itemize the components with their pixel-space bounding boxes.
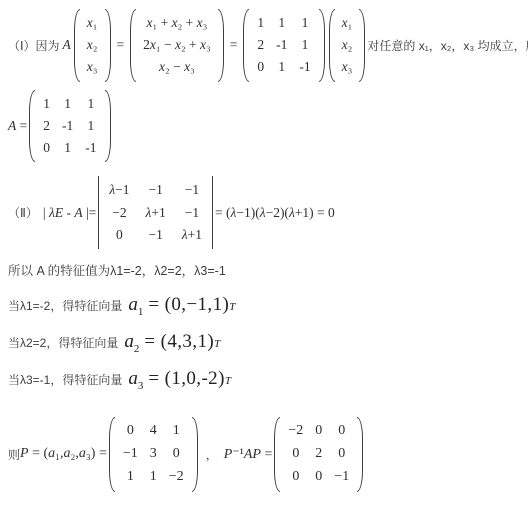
right-paren-shape (359, 9, 365, 82)
matrix-cell: 2x₁ − x₂ + x₃ (138, 34, 216, 56)
matrix-cell: 2 (37, 115, 56, 137)
eigenvector-line-1: 当λ1=-2，得特征向量 a1 = (0,−1,1) T (8, 291, 526, 321)
matrix-cell: 1 (144, 466, 163, 489)
matrix-cell: 2 (309, 443, 328, 466)
right-paren-shape (105, 90, 111, 163)
eigenvector-a2: a2 = (4,3,1) T (124, 331, 220, 355)
matrix-cell: 0 (163, 443, 190, 466)
matrix-cell: 1 (270, 12, 293, 34)
matrix-cell: λ−1 (101, 179, 137, 201)
matrix-cell: 0 (328, 420, 355, 443)
matrix-cell: -1 (270, 34, 293, 56)
matrix-cell: -1 (293, 56, 316, 78)
part2-prefix: （Ⅱ） (8, 204, 38, 221)
matrix-cell: x₃ (82, 56, 103, 78)
matrix-cell: 0 (117, 420, 144, 443)
matrix-cell: 3 (144, 443, 163, 466)
characteristic-rhs: = (λ−1)(λ−2)(λ+1) = 0 (215, 205, 335, 221)
matrix-cell: −1 (138, 179, 174, 201)
matrix-cell: x₂ − x₃ (138, 56, 216, 78)
matrix-cell: 0 (309, 420, 328, 443)
conclusion-prefix: 则 (8, 446, 20, 463)
matrix-A: 1112-1101-1 (29, 90, 110, 163)
eigenvector-symbol: a3 (128, 368, 143, 392)
eigenvalues-statement: 所以 A 的特征值为λ1=-2，λ2=2，λ3=-1 (8, 261, 526, 279)
matrix-cell: x₁ (82, 12, 103, 34)
matrix-cell: 1 (293, 34, 316, 56)
part1-suffix: 对任意的 x₁，x₂，x₃ 均成立，所以 (367, 37, 528, 54)
eigenvector-prefix: 当λ3=-1，得特征向量 (8, 371, 122, 388)
eigenvector-symbol: a1 (128, 294, 143, 318)
characteristic-determinant: λ−1−1−1−2λ+1−10−1λ+1 (98, 176, 213, 249)
characteristic-lhs: | λE - A |= (43, 205, 96, 221)
matrix-A: 1112-1101-1 (243, 9, 324, 82)
matrix-cell: 0 (282, 443, 309, 466)
matrix-cell: 2 (251, 34, 270, 56)
matrix-cell: x₁ (337, 12, 358, 34)
determinant-bar-shape (212, 176, 213, 249)
matrix-cell: 0 (101, 224, 137, 246)
transpose-superscript: T (225, 375, 231, 387)
right-paren-shape (105, 9, 111, 82)
right-paren-shape (218, 9, 224, 82)
eigenvector-line-2: 当λ2=2，得特征向量 a2 = (4,3,1) T (8, 328, 526, 358)
matrix-cell: λ+1 (138, 202, 174, 224)
eigenvector-prefix: 当λ1=-2，得特征向量 (8, 297, 122, 314)
matrix-cell: −2 (163, 466, 190, 489)
matrix-cell: 1 (56, 137, 79, 159)
matrix-cell: 1 (56, 93, 79, 115)
matrix-cell: 1 (163, 420, 190, 443)
matrix-cell: 0 (309, 466, 328, 489)
transpose-superscript: T (214, 338, 220, 350)
eigenvector-value: = (4,3,1) (144, 331, 214, 353)
P-expression: P = (a₁,a₂,a₃) = (20, 446, 107, 462)
part1-prefix: （Ⅰ）因为 (8, 37, 60, 54)
matrix-cell: −1 (174, 179, 210, 201)
eigenvector-symbol: a2 (124, 331, 139, 355)
matrix-cell: 1 (293, 12, 316, 34)
right-paren-shape (357, 417, 363, 492)
eigenvector-value: = (0,−1,1) (148, 294, 229, 316)
matrix-cell: −1 (138, 224, 174, 246)
matrix-cell: −1 (174, 202, 210, 224)
matrix-cell: −1 (328, 466, 355, 489)
matrix-A-equals: A = (8, 118, 27, 134)
eigenvector-prefix: 当λ2=2，得特征向量 (8, 334, 118, 351)
matrix-cell: 4 (144, 420, 163, 443)
matrix-cell: x₂ (337, 34, 358, 56)
matrix-cell: 1 (79, 93, 102, 115)
matrix-cell: 1 (270, 56, 293, 78)
matrix-cell: x₂ (82, 34, 103, 56)
math-solution-document: （Ⅰ）因为 A x₁x₂x₃ = x₁ + x₂ + x₃2x₁ − x₂ + … (0, 0, 528, 492)
eigenvector-a3: a3 = (1,0,-2) T (128, 368, 231, 392)
eigenvector-value: = (1,0,-2) (148, 368, 224, 390)
expression-vector: x₁ + x₂ + x₃2x₁ − x₂ + x₃x₂ − x₃ (130, 9, 224, 82)
PAP-expression: P⁻¹AP = (224, 446, 273, 463)
matrix-cell: 1 (37, 93, 56, 115)
matrix-P: 041−13011−2 (109, 417, 198, 492)
matrix-P-inverse-AP: −20002000−1 (274, 417, 363, 492)
equals-sign: = (117, 37, 125, 53)
matrix-cell: -1 (56, 115, 79, 137)
matrix-cell: x₃ (337, 56, 358, 78)
right-paren-shape (192, 417, 198, 492)
matrix-cell: 1 (251, 12, 270, 34)
conclusion-line: 则 P = (a₁,a₂,a₃) = 041−13011−2 ， P⁻¹AP =… (8, 417, 526, 492)
part1-derivation-line: （Ⅰ）因为 A x₁x₂x₃ = x₁ + x₂ + x₃2x₁ − x₂ + … (8, 9, 526, 82)
matrix-cell: −2 (101, 202, 137, 224)
matrix-cell: x₁ + x₂ + x₃ (138, 12, 216, 34)
matrix-cell: −1 (117, 443, 144, 466)
matrix-cell: −2 (282, 420, 309, 443)
right-paren-shape (319, 9, 325, 82)
separator-comma: ， (206, 446, 218, 463)
matrix-cell: λ+1 (174, 224, 210, 246)
matrix-cell: 1 (117, 466, 144, 489)
vector-x: x₁x₂x₃ (329, 9, 366, 82)
matrix-cell: 0 (37, 137, 56, 159)
matrix-A-result-line: A = 1112-1101-1 (8, 90, 526, 163)
matrix-cell: 0 (282, 466, 309, 489)
eigenvector-line-3: 当λ3=-1，得特征向量 a3 = (1,0,-2) T (8, 365, 526, 395)
matrix-A-symbol: A (63, 37, 71, 53)
equals-sign: = (230, 37, 238, 53)
matrix-cell: -1 (79, 137, 102, 159)
vector-x: x₁x₂x₃ (74, 9, 111, 82)
transpose-superscript: T (229, 301, 235, 313)
matrix-cell: 1 (79, 115, 102, 137)
matrix-cell: 0 (251, 56, 270, 78)
part2-determinant-line: （Ⅱ） | λE - A |= λ−1−1−1−2λ+1−10−1λ+1 = (… (8, 176, 526, 249)
matrix-cell: 0 (328, 443, 355, 466)
eigenvector-a1: a1 = (0,−1,1) T (128, 294, 235, 318)
